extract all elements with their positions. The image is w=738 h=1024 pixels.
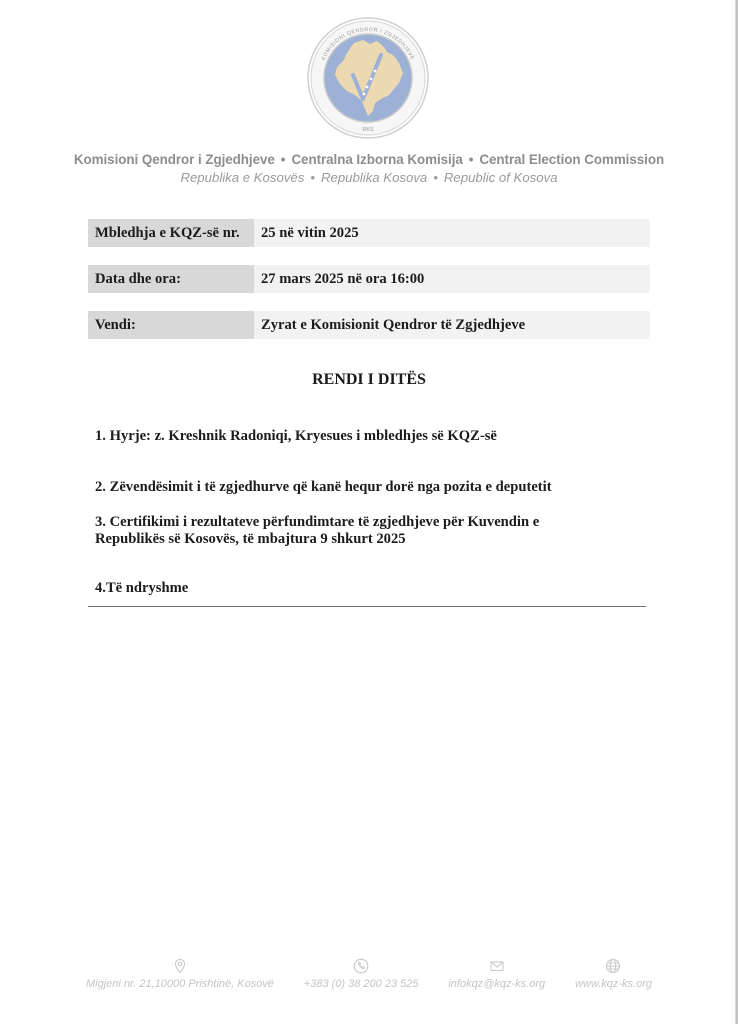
- footer-website-text: www.kqz-ks.org: [575, 978, 652, 990]
- org-name-albanian: Komisioni Qendror i Zgjedhjeve: [74, 152, 275, 167]
- separator: •: [281, 152, 286, 167]
- date-time-label: Data dhe ora:: [88, 265, 254, 293]
- separator: •: [469, 152, 474, 167]
- date-time-value: 27 mars 2025 në ora 16:00: [254, 265, 650, 293]
- location-row: Vendi: Zyrat e Komisionit Qendror të Zgj…: [88, 311, 650, 339]
- kqz-seal-logo: KOMISIONI QENDROR I ZGJEDHJEVE RKS: [307, 17, 429, 139]
- footer-address: Migjeni nr. 21,10000 Prishtinë, Kosovë: [86, 958, 274, 990]
- agenda-item: 2. Zëvendësimit i të zgjedhurve që kanë …: [95, 479, 650, 496]
- agenda-item: 3. Certifikimi i rezultateve përfundimta…: [95, 514, 565, 548]
- location-value: Zyrat e Komisionit Qendror të Zgjedhjeve: [254, 311, 650, 339]
- separator: •: [433, 170, 438, 185]
- republic-name-english: Republic of Kosova: [444, 170, 558, 185]
- organization-names: Komisioni Qendror i Zgjedhjeve•Centralna…: [0, 152, 738, 167]
- agenda-title: RENDI I DITËS: [0, 371, 738, 389]
- agenda-item: 4.Të ndryshme: [95, 580, 650, 597]
- org-name-english: Central Election Commission: [479, 152, 664, 167]
- republic-name-albanian: Republika e Kosovës: [180, 170, 304, 185]
- globe-icon: [605, 958, 621, 974]
- agenda-item: 1. Hyrje: z. Kreshnik Radoniqi, Kryesues…: [95, 428, 650, 445]
- divider-line: [88, 606, 646, 607]
- date-time-row: Data dhe ora: 27 mars 2025 në ora 16:00: [88, 265, 650, 293]
- footer-website: www.kqz-ks.org: [575, 958, 652, 990]
- footer-email-text: infokqz@kqz-ks.org: [448, 978, 545, 990]
- svg-text:RKS: RKS: [362, 127, 374, 133]
- org-name-serbian: Centralna Izborna Komisija: [291, 152, 462, 167]
- meeting-number-label: Mbledhja e KQZ-së nr.: [88, 219, 254, 247]
- location-label: Vendi:: [88, 311, 254, 339]
- meeting-number-row: Mbledhja e KQZ-së nr. 25 në vitin 2025: [88, 219, 650, 247]
- separator: •: [310, 170, 315, 185]
- footer-contacts: Migjeni nr. 21,10000 Prishtinë, Kosovë +…: [86, 958, 652, 990]
- envelope-icon: [489, 958, 505, 974]
- footer-email: infokqz@kqz-ks.org: [448, 958, 545, 990]
- meeting-number-value: 25 në vitin 2025: [254, 219, 650, 247]
- phone-icon: [353, 958, 369, 974]
- republic-names: Republika e Kosovës•Republika Kosova•Rep…: [0, 170, 738, 185]
- republic-name-serbian: Republika Kosova: [321, 170, 427, 185]
- footer-phone-text: +383 (0) 38 200 23 525: [304, 978, 419, 990]
- footer-address-text: Migjeni nr. 21,10000 Prishtinë, Kosovë: [86, 978, 274, 990]
- footer-phone: +383 (0) 38 200 23 525: [304, 958, 419, 990]
- location-pin-icon: [172, 958, 188, 974]
